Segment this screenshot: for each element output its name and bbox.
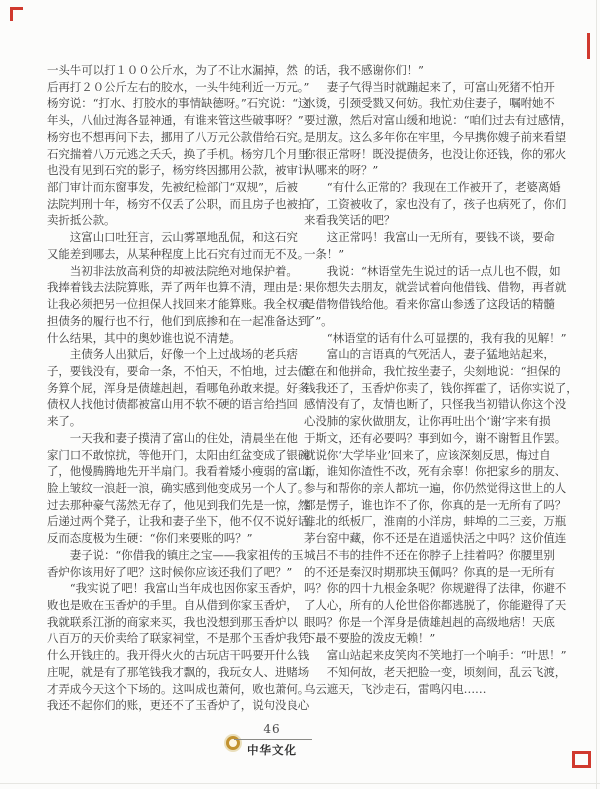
- text-line: 是朋友。这么多年你在牢里，今早携你嫂子前来看望: [304, 129, 572, 146]
- text-line: 过去那种豪气荡然无存了，他见到我们先是一惊，然: [47, 497, 305, 514]
- text-line: 败也是败在玉香炉的手里。自从借到你家玉香炉，: [47, 597, 305, 614]
- text-line: 八百万的天价卖给了联家祠堂，不是那个玉香炉我凭: [47, 630, 305, 647]
- text-line: 债权人找他讨债都被富山用不软不硬的语言给挡回: [47, 396, 305, 413]
- footer-divider: [234, 739, 312, 740]
- text-line: 富山站起来皮笑肉不笑地打一个响手：“叶思！”: [304, 647, 572, 664]
- text-line: 担债务的履行也不行，他们到底掺和在一起准备达到: [47, 313, 305, 330]
- text-line: 从哪来的呀？”: [304, 162, 572, 179]
- text-line: 才弄成今天这个下场的。这叫成也萧何，败也萧何。: [47, 681, 305, 698]
- text-line: 就说你‘大学毕业’回来了，应该深刻反思，悔过自: [304, 447, 572, 464]
- text-line: 吗？你的四十九根金条呢？你规避得了法律，你避不: [304, 580, 572, 597]
- text-line: 一头牛可以打１００公斤水，为了不让水漏掉，然: [47, 62, 305, 79]
- text-line: 都是愣子，谁也诈不了你，你真的是一无所有了吗？: [304, 497, 572, 514]
- text-line: 感情没有了，友情也断了，只怪我当初错认你这个没: [304, 396, 572, 413]
- crop-mark-top-left-icon: [10, 7, 23, 21]
- text-line: 年头，八仙过海各显神通，有谁来管这些破事呀？”: [47, 112, 305, 129]
- imprint-title: 中华文化: [236, 742, 308, 758]
- text-line: 后再打２０公斤左右的胶水，一头牛纯利近一万元。”: [47, 79, 305, 96]
- text-line: 部门审计而东窗事发，先被纪检部门“双规”，后被: [47, 179, 305, 196]
- text-line: 了，他慢腾腾地先开半扇门。我看着矮小瘦弱的富山，: [47, 463, 305, 480]
- text-line: 脸上皱纹一浪赶一浪，确实感到他变成另一个人了。: [47, 480, 305, 497]
- text-line: 了人心，所有的人伦世俗你都逃脱了，你能避得了天: [304, 597, 572, 614]
- text-line: 茅台窑中藏，你不还是在逍遥快活之中吗？这价值连: [304, 530, 572, 547]
- text-line: 这正常吗！我富山一无所有，要钱不谈，要命: [304, 229, 572, 246]
- text-line: 果你想失去朋友，就尝试着向他借钱、借物，再者就: [304, 279, 572, 296]
- text-line: 来了。: [47, 413, 305, 430]
- text-line: 妻子说：“你借我的镇庄之宝——我家祖传的玉: [47, 547, 305, 564]
- text-line: 于斯文，还有必要吗？事到如今，谢不谢暂且作罢。: [304, 430, 572, 447]
- text-line: 要过激，然后对富山缓和地说：“咱们过去有过感情，: [304, 112, 572, 129]
- text-line: 庄呢，就是有了那笔钱我才飘的，我玩女人、进赌场: [47, 664, 305, 681]
- left-text-column: 一头牛可以打１００公斤水，为了不让水漏掉，然后再打２０公斤左右的胶水，一头牛纯利…: [47, 62, 305, 714]
- text-line: 这富山口吐狂言，云山雾罩地乱侃，和这石究: [47, 229, 305, 246]
- text-line: 当初非法放高利贷的却被法院绝对地保护着。: [47, 263, 305, 280]
- text-line: 我说：“林语堂先生说过的话一点儿也不假，如: [304, 263, 572, 280]
- text-line: 什么结果，其中的奥妙谁也说不清楚。: [47, 330, 305, 347]
- text-line: 意在和他拼命，我忙按坐妻子，尖刻地说：“担保的: [304, 363, 572, 380]
- text-line: 参与和帮你的亲人都坑一遍，你仍然觉得这世上的人: [304, 480, 572, 497]
- text-line: 下最不要脸的泼皮无赖！”: [304, 630, 572, 647]
- text-line: 家门口不敢惊扰，等他开门，太阳由红盆变成了银碗: [47, 447, 305, 464]
- text-line: 是借物借钱给他。看来你富山参透了这段话的精髓: [304, 296, 572, 313]
- scan-edge-bottom: [0, 783, 600, 784]
- text-line: 的话，我不感谢你们！”: [304, 62, 572, 79]
- text-line: 你很正常呀！既没提债务，也没让你还钱，你的邪火: [304, 146, 572, 163]
- text-line: 杨穷也不想再问下去，挪用了八万元公款借给石究。: [47, 129, 305, 146]
- text-line: 了”。: [304, 313, 572, 330]
- text-line: “我实说了吧！我富山当年成也因你家玉香炉，: [47, 580, 305, 597]
- right-text-column: 的话，我不感谢你们！” 妻子气得当时就蹦起来了，可富山死猪不怕开水烫，引颈受戮又…: [304, 62, 572, 697]
- text-line: 我就联系江浙的商家来买，我也没想到那玉香炉以: [47, 614, 305, 631]
- text-line: 一条！”: [304, 246, 572, 263]
- scan-edge-right: [596, 0, 597, 789]
- text-line: 钱我还了，玉香炉你卖了，钱你挥霍了，话你实说了，: [304, 380, 572, 397]
- text-line: 子，要钱没有，要命一条，不怕天，不怕地，过去债: [47, 363, 305, 380]
- text-line: 后递过两个凳子，让我和妻子坐下，他不仅不说好话，: [47, 513, 305, 530]
- text-line: 新，谁知你渣性不改，死有余辜！你把家乡的朋友、: [304, 463, 572, 480]
- text-line: 淮北的纸板厂，淮南的小洋房，蚌埠的二三妾，万瓶: [304, 513, 572, 530]
- book-page: 一头牛可以打１００公斤水，为了不让水漏掉，然后再打２０公斤左右的胶水，一头牛纯利…: [0, 0, 600, 789]
- text-line: 富山的言语真的气死活人，妻子猛地站起来，: [304, 346, 572, 363]
- text-line: 法院判刑十年，杨穷不仅丢了公职，而且房子也被拍: [47, 196, 305, 213]
- text-line: 眼吗？你是一个浑身是债雄赳赳的高级地痞！天底: [304, 614, 572, 631]
- text-line: 心没肺的家伙做朋友，让你再吐出个‘谢’字来有损: [304, 413, 572, 430]
- text-line: 了，工资被收了，家也没有了，孩子也病死了，你们: [304, 196, 572, 213]
- text-line: 又能差到哪去，从某种程度上比石究有过而无不及。: [47, 246, 305, 263]
- crop-mark-bottom-right-icon: [572, 751, 591, 768]
- text-line: 来看我笑话的吧？: [304, 212, 572, 229]
- text-line: 不知何故，老天把脸一变，顷刻间，乱云飞渡，: [304, 664, 572, 681]
- text-line: 反而态度极为生硬：“你们来要账的吗？”: [47, 530, 305, 547]
- page-number: 46: [240, 722, 304, 736]
- text-line: “林语堂的话有什么可显摆的，我有我的见解！”: [304, 330, 572, 347]
- text-line: 城吕不韦的挂件不还在你脖子上挂着吗？你腰里别: [304, 547, 572, 564]
- text-line: 也没有见到石究的影子，杨穷终因挪用公款，被审计: [47, 162, 305, 179]
- crop-mark-right-icon: [587, 33, 590, 59]
- text-line: 让我必须把另一位担保人找回来才能算账。我全权承: [47, 296, 305, 313]
- text-line: 一天我和妻子摸清了富山的住处，清晨坐在他: [47, 430, 305, 447]
- text-line: “有什么正常的？我现在工作被开了，老婆离婚: [304, 179, 572, 196]
- text-line: 务算个屁，浑身是债雄赳赳，看哪龟孙敢来提。好多: [47, 380, 305, 397]
- text-line: 主债务人出狱后，好像一个上过战场的老兵痞: [47, 346, 305, 363]
- text-line: 香炉你该用好了吧？这时候你应该还我们了吧？”: [47, 564, 305, 581]
- text-line: 我还不起你们的账，更还不了玉香炉了，说句没良心: [47, 697, 305, 714]
- text-line: 我捧着钱去法院算账，弄了两年也算不清，理由是：: [47, 279, 305, 296]
- text-line: 卖折抵公款。: [47, 212, 305, 229]
- text-line: 的不还是秦汉时期那块玉佩吗？你真的是一无所有: [304, 564, 572, 581]
- text-line: 杨穷说：“打水、打胶水的事情缺德呀。”石究说：“这: [47, 95, 305, 112]
- text-line: 乌云遮天，飞沙走石，雷鸣闪电……: [304, 681, 572, 698]
- text-line: 妻子气得当时就蹦起来了，可富山死猪不怕开: [304, 79, 572, 96]
- text-line: 什么开钱庄的。我开得火火的古玩店干吗要开什么钱: [47, 647, 305, 664]
- text-line: 水烫，引颈受戮又何妨。我忙劝住妻子，嘱咐她不: [304, 95, 572, 112]
- text-line: 石究揣着八万元逃之夭夭，换了手机。杨穷几个月里: [47, 146, 305, 163]
